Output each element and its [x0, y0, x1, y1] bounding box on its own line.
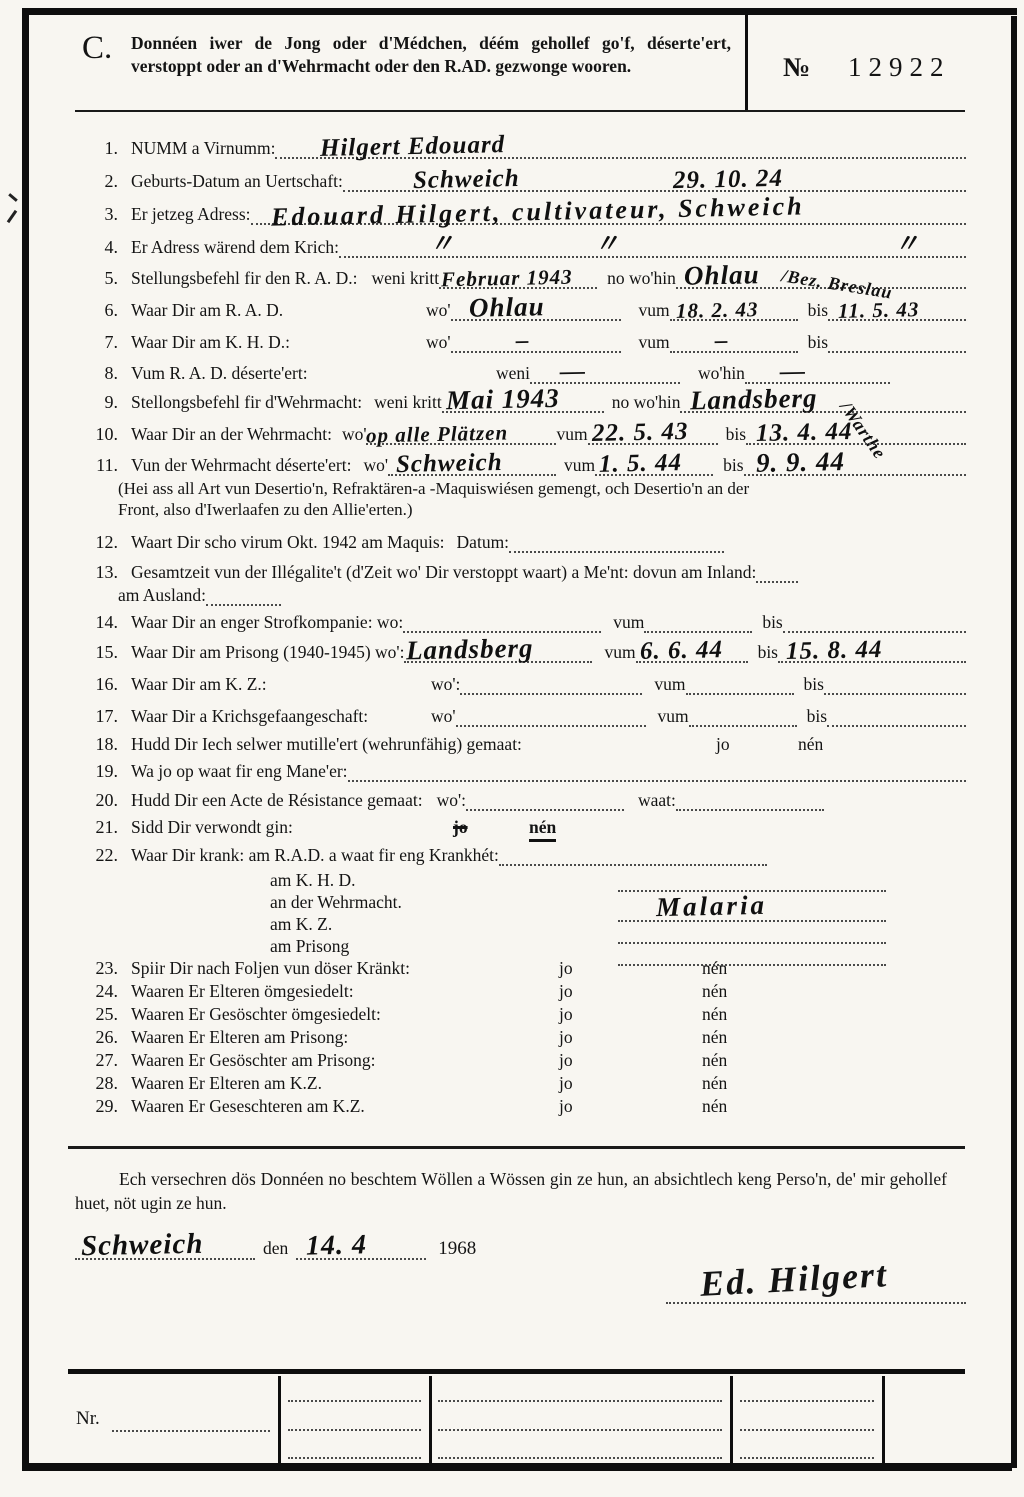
item-number: 3.	[84, 204, 118, 225]
item-number: 15.	[84, 642, 118, 663]
note-line: Front, also d'Iwerlaafen zu den Allie'er…	[118, 500, 749, 521]
dotted-line	[288, 1427, 421, 1431]
item-11-note: (Hei ass all Art vun Desertio'n, Refrakt…	[118, 479, 749, 520]
handwritten-value: 9. 9. 44	[755, 446, 845, 479]
fill-line	[827, 707, 966, 727]
answer-nen: nén	[702, 1027, 727, 1048]
signature-line	[666, 1300, 966, 1304]
frame-top	[22, 8, 1017, 15]
item-label: Waar Dir am K. H. D.:	[131, 332, 426, 353]
fill-line	[644, 613, 752, 633]
footer-col-line	[730, 1376, 733, 1464]
header-divider	[745, 15, 748, 111]
handwritten-value: –	[714, 327, 728, 355]
footer-col-line	[882, 1376, 885, 1464]
handwritten-place: Schweich	[81, 1228, 204, 1264]
field-label: vum	[604, 642, 635, 663]
item-number: 21.	[84, 817, 118, 838]
dotted-line	[112, 1428, 270, 1432]
fill-line: Ohlau /Bez. Breslau	[676, 269, 966, 289]
form-item-16: 16. Waar Dir am K. Z.: wo': vum bis	[84, 674, 966, 695]
fill-line: 9. 9. 44	[744, 456, 966, 476]
fill-line: 6. 6. 44	[636, 643, 748, 663]
frame-right	[1011, 16, 1017, 1468]
item-label: Waar Dir am Prisong (1940-1945) wo':	[131, 642, 404, 663]
item-number: 20.	[84, 790, 118, 811]
fill-line: 15. 8. 44	[778, 643, 966, 663]
dotted-line	[438, 1427, 722, 1431]
item-number: 5.	[84, 268, 118, 289]
fill-line: Hilgert Edouard	[275, 139, 966, 159]
field-label: Datum:	[457, 532, 510, 553]
item-label: Waaren Er Gesöschter am Prisong:	[131, 1050, 559, 1071]
handwritten-value: Februar 1943	[441, 265, 573, 293]
item-label: Sidd Dir verwondt gin:	[131, 817, 453, 838]
fill-line: 18. 2. 43	[670, 301, 798, 321]
answer-jo: jo	[559, 1096, 702, 1117]
item-label: Waar Dir a Krichsgefaangeschaft:	[131, 706, 431, 727]
fill-line: 13. 4. 44	[746, 425, 966, 445]
answer-nen: nén	[702, 958, 727, 979]
item-label: Er jetzeg Adress:	[131, 204, 251, 225]
form-item-4: 4. Er Adress wärend dem Krich: 〃 〃 〃	[84, 237, 966, 258]
fill-line: 〃 〃 〃	[339, 238, 966, 258]
item-number: 27.	[84, 1050, 118, 1071]
answer-jo: jo	[559, 1027, 702, 1048]
item-label: Geburts-Datum an Uertschaft:	[131, 171, 343, 192]
fill-line	[499, 846, 767, 866]
dotted-line	[288, 1455, 421, 1459]
form-item-26: 26. Waaren Er Elteren am Prisong: jo nén	[84, 1027, 966, 1048]
fill-line	[403, 613, 601, 633]
field-label: am Ausland:	[118, 585, 206, 606]
date-line: Schweich den 14. 4 1968	[75, 1238, 476, 1260]
fill-line: –	[670, 333, 798, 353]
footer-col-line	[278, 1376, 281, 1464]
item-label: NUMM a Virnumm:	[131, 138, 275, 159]
handwritten-value: 22. 5. 43	[591, 418, 688, 448]
field-label: bis	[726, 424, 746, 445]
item-label: Waar Dir an der Wehrmacht:	[131, 424, 332, 445]
field-label: bis	[762, 612, 782, 633]
item-number: 8.	[84, 363, 118, 384]
answer-jo: jo	[559, 1073, 702, 1094]
handwritten-date: 14. 4	[306, 1229, 368, 1262]
fill-line	[618, 926, 886, 944]
fill-line: Landsberg	[404, 643, 592, 663]
handwritten-value: Mai 1943	[445, 383, 559, 416]
form-item-3: 3. Er jetzeg Adress: Edouard Hilgert, cu…	[84, 204, 966, 225]
section-divider	[68, 1146, 965, 1149]
handwritten-value: 13. 4. 44	[756, 418, 853, 448]
form-item-13: 13. Gesamtzeit vun der Illégalite't (d'Z…	[84, 562, 966, 583]
footer-col-line	[429, 1376, 432, 1464]
dotted-line	[740, 1398, 874, 1402]
field-label: vum	[639, 332, 670, 353]
item-label: Hudd Dir een Acte de Résistance gemaat:	[131, 790, 423, 811]
item-label: Waar Dir am R. A. D.	[131, 300, 426, 321]
field-label: bis	[804, 674, 824, 695]
field-label: vum	[613, 612, 644, 633]
handwritten-value: Malaria	[656, 890, 768, 923]
answer-nen: nén	[702, 981, 727, 1002]
field-label: bis	[807, 706, 827, 727]
sub-label: am Prisong	[270, 936, 349, 957]
dotted-line	[740, 1455, 874, 1459]
field-label: wo':	[437, 790, 466, 811]
field-label: wo'	[426, 300, 451, 321]
fill-line: 1. 5. 44	[595, 456, 713, 476]
fill-line: Mai 1943	[442, 393, 604, 413]
item-22-sub-prisong: am Prisong	[270, 936, 349, 957]
form-item-29: 29. Waaren Er Geseschteren am K.Z. jo né…	[84, 1096, 966, 1117]
number-label: №	[783, 52, 810, 83]
item-label: Stellungsbefehl fir den R. A. D.:	[131, 268, 358, 289]
fill-line: Ohlau	[451, 301, 621, 321]
field-label: weni kritt	[372, 268, 440, 289]
item-22-sub-kz: am K. Z.	[270, 914, 332, 935]
item-number: 10.	[84, 424, 118, 445]
handwritten-value: Landsberg	[406, 633, 534, 667]
handwritten-value: —	[560, 358, 587, 387]
field-label: bis	[723, 455, 743, 476]
handwritten-value: –	[515, 327, 529, 355]
item-number: 16.	[84, 674, 118, 695]
answer-jo: jo	[559, 981, 702, 1002]
signature: Ed. Hilgert	[699, 1253, 889, 1305]
field-label: weni	[496, 363, 530, 384]
form-item-14: 14. Waar Dir an enger Strofkompanie: wo:…	[84, 612, 966, 633]
item-label: Waaren Er Geseschteren am K.Z.	[131, 1096, 559, 1117]
form-item-19: 19. Wa jo op waat fir eng Mane'er:	[84, 761, 966, 782]
fill-line: —	[530, 364, 680, 384]
frame-left	[22, 8, 29, 1470]
field-label: vum	[639, 300, 670, 321]
fill-line	[689, 707, 797, 727]
answer-jo: jo	[559, 958, 702, 979]
item-22-sub-wehrmacht: an der Wehrmacht.	[270, 892, 402, 913]
dotted-line	[438, 1455, 722, 1459]
item-number: 1.	[84, 138, 118, 159]
fill-line: 11. 5. 43	[828, 301, 966, 321]
form-item-25: 25. Waaren Er Gesöschter ömgesiedelt: jo…	[84, 1004, 966, 1025]
form-item-12: 12. Waart Dir scho virum Okt. 1942 am Ma…	[84, 532, 966, 553]
field-label: wo'	[342, 424, 367, 445]
item-label: Vun der Wehrmacht déserte'ert:	[131, 455, 352, 476]
item-number: 12.	[84, 532, 118, 553]
item-number: 26.	[84, 1027, 118, 1048]
field-label: vum	[556, 424, 587, 445]
dotted-line	[740, 1427, 874, 1431]
form-item-27: 27. Waaren Er Gesöschter am Prisong: jo …	[84, 1050, 966, 1071]
ditto-mark: 〃	[594, 224, 621, 261]
item-label: Er Adress wärend dem Krich:	[131, 237, 339, 258]
field-label: weni kritt	[374, 392, 442, 413]
fill-line: —	[745, 364, 890, 384]
form-item-13b: am Ausland:	[118, 585, 966, 606]
item-label: Vum R. A. D. déserte'ert:	[131, 363, 421, 384]
answer-nen: nén	[702, 1096, 727, 1117]
form-title: Donnéen iwer de Jong oder d'Médchen, déé…	[131, 32, 731, 78]
answer-nen: nén	[798, 734, 823, 755]
form-item-6: 6. Waar Dir am R. A. D. wo' Ohlau vum 18…	[84, 300, 966, 321]
form-item-2: 2. Geburts-Datum an Uertschaft: Schweich…	[84, 171, 966, 192]
fill-line	[206, 586, 281, 606]
form-item-24: 24. Waaren Er Elteren ömgesiedelt: jo né…	[84, 981, 966, 1002]
handwritten-value: Hilgert Edouard	[320, 131, 506, 163]
field-label: wo':	[431, 674, 460, 695]
item-number: 2.	[84, 171, 118, 192]
handwritten-value: 29. 10. 24	[673, 165, 784, 195]
fill-line: op alle Plätzen	[366, 425, 556, 445]
item-number: 23.	[84, 958, 118, 979]
item-number: 6.	[84, 300, 118, 321]
field-label: bis	[758, 642, 778, 663]
scanned-form-page: C. Donnéen iwer de Jong oder d'Médchen, …	[0, 0, 1024, 1497]
field-label: bis	[808, 332, 828, 353]
item-label: Waart Dir scho virum Okt. 1942 am Maquis…	[131, 532, 445, 553]
item-number: 25.	[84, 1004, 118, 1025]
item-label: Hudd Dir Iech selwer mutille'ert (wehrun…	[131, 734, 716, 755]
footer-table-top	[68, 1369, 965, 1374]
handwritten-value: Ohlau	[684, 259, 760, 292]
declaration-text: Ech versechren dös Donnéen no beschtem W…	[75, 1168, 947, 1215]
fill-line: Landsberg /Warthe	[680, 393, 966, 413]
handwritten-value: 1. 5. 44	[599, 449, 683, 479]
fill-line: Malaria	[618, 904, 886, 922]
answer-jo-struck: jo	[453, 817, 529, 838]
item-number: 22.	[84, 845, 118, 866]
form-item-28: 28. Waaren Er Elteren am K.Z. jo nén	[84, 1073, 966, 1094]
handwritten-value: 18. 2. 43	[675, 297, 758, 324]
answer-nen: nén	[702, 1073, 727, 1094]
item-number: 17.	[84, 706, 118, 727]
item-label: Wa jo op waat fir eng Mane'er:	[131, 761, 348, 782]
item-label: Spiir Dir nach Foljen vun döser Kränkt:	[131, 958, 559, 979]
handwritten-value: 15. 8. 44	[786, 636, 883, 666]
fill-line: 22. 5. 43	[588, 425, 718, 445]
fill-line	[676, 791, 824, 811]
field-label: wo'	[426, 332, 451, 353]
field-label: vum	[564, 455, 595, 476]
form-item-23: 23. Spiir Dir nach Foljen vun döser Krän…	[84, 958, 966, 979]
form-item-11: 11. Vun der Wehrmacht déserte'ert: wo' S…	[84, 455, 966, 476]
fill-line	[460, 675, 642, 695]
item-number: 9.	[84, 392, 118, 413]
ditto-mark: 〃	[894, 224, 921, 261]
dotted-line	[438, 1398, 722, 1402]
item-number: 29.	[84, 1096, 118, 1117]
field-label: wo'	[431, 706, 456, 727]
handwritten-value: 11. 5. 43	[838, 297, 920, 324]
form-item-5: 5. Stellungsbefehl fir den R. A. D.: wen…	[84, 268, 966, 289]
form-item-20: 20. Hudd Dir een Acte de Résistance gema…	[84, 790, 966, 811]
fill-line	[824, 675, 966, 695]
form-item-15: 15. Waar Dir am Prisong (1940-1945) wo':…	[84, 642, 966, 663]
fill-line: –	[451, 333, 621, 353]
ink-mark	[8, 193, 18, 202]
fill-line	[756, 563, 798, 583]
field-label: wo'hin	[698, 363, 745, 384]
item-label: Waar Dir am K. Z.:	[131, 674, 431, 695]
form-item-8: 8. Vum R. A. D. déserte'ert: weni — wo'h…	[84, 363, 966, 384]
form-item-7: 7. Waar Dir am K. H. D.: wo' – vum – bis	[84, 332, 966, 353]
sub-label: am K. Z.	[270, 914, 332, 935]
field-label: waat:	[638, 790, 676, 811]
fill-line: Februar 1943	[439, 269, 597, 289]
field-label: vum	[654, 674, 685, 695]
date-fill: 14. 4	[296, 1238, 426, 1260]
item-number: 28.	[84, 1073, 118, 1094]
handwritten-value: Schweich	[413, 165, 520, 195]
den-label: den	[263, 1238, 288, 1259]
form-item-10: 10. Waar Dir an der Wehrmacht: wo' op al…	[84, 424, 966, 445]
item-number: 4.	[84, 237, 118, 258]
field-label: bis	[808, 300, 828, 321]
handwritten-value: op alle Plätzen	[366, 421, 509, 449]
item-label: Stellongsbefehl fir d'Wehrmacht:	[131, 392, 362, 413]
section-letter: C.	[82, 30, 112, 67]
form-item-9: 9. Stellongsbefehl fir d'Wehrmacht: weni…	[84, 392, 966, 413]
handwritten-value: Edouard Hilgert, cultivateur, Schweich	[270, 191, 804, 232]
item-number: 18.	[84, 734, 118, 755]
item-22-sub-khd: am K. H. D.	[270, 870, 356, 891]
year-text: 1968	[438, 1238, 476, 1260]
fill-line: Schweich	[388, 456, 556, 476]
item-label: Waaren Er Elteren am Prisong:	[131, 1027, 559, 1048]
form-item-1: 1. NUMM a Virnumm: Hilgert Edouard	[84, 138, 966, 159]
answer-nen: nén	[702, 1004, 727, 1025]
item-number: 7.	[84, 332, 118, 353]
item-label: Gesamtzeit vun der Illégalite't (d'Zeit …	[131, 562, 756, 583]
sub-label: an der Wehrmacht.	[270, 892, 402, 913]
item-label: Waaren Er Gesöschter ömgesiedelt:	[131, 1004, 559, 1025]
item-number: 13.	[84, 562, 118, 583]
answer-jo: jo	[716, 734, 798, 755]
ditto-mark: 〃	[429, 224, 456, 261]
place-fill: Schweich	[75, 1238, 255, 1260]
item-label: Waaren Er Elteren ömgesiedelt:	[131, 981, 559, 1002]
header-bottom-rule	[75, 110, 965, 112]
handwritten-value: Ohlau	[468, 291, 544, 324]
fill-line: Schweich 29. 10. 24	[343, 172, 966, 192]
fill-line	[509, 533, 724, 553]
item-label: Waar Dir an enger Strofkompanie: wo:	[131, 612, 403, 633]
fill-line	[348, 762, 966, 782]
answer-jo: jo	[559, 1050, 702, 1071]
frame-bottom	[22, 1463, 1012, 1471]
field-label: no wo'hin	[607, 268, 676, 289]
item-number: 11.	[84, 455, 118, 476]
answer-nen: nén	[702, 1050, 727, 1071]
item-number: 14.	[84, 612, 118, 633]
fill-line: Edouard Hilgert, cultivateur, Schweich	[251, 205, 966, 225]
form-number: 12922	[848, 52, 951, 83]
ink-mark	[7, 210, 17, 223]
form-item-22: 22. Waar Dir krank: am R.A.D. a waat fir…	[84, 845, 966, 866]
fill-line	[828, 333, 966, 353]
answer-jo: jo	[559, 1004, 702, 1025]
form-item-18: 18. Hudd Dir Iech selwer mutille'ert (we…	[84, 734, 966, 755]
item-number: 24.	[84, 981, 118, 1002]
nr-label: Nr.	[76, 1408, 100, 1430]
form-item-21: 21. Sidd Dir verwondt gin: jo nén	[84, 817, 966, 842]
item-label: Waar Dir krank: am R.A.D. a waat fir eng…	[131, 845, 499, 866]
field-label: no wo'hin	[612, 392, 681, 413]
field-label: vum	[658, 706, 689, 727]
handwritten-value: Landsberg	[690, 383, 818, 417]
item-label: Waaren Er Elteren am K.Z.	[131, 1073, 559, 1094]
answer-nen-underlined: nén	[529, 817, 556, 842]
fill-line	[686, 675, 794, 695]
handwritten-value: Schweich	[396, 449, 503, 479]
item-number: 19.	[84, 761, 118, 782]
note-line: (Hei ass all Art vun Desertio'n, Refrakt…	[118, 479, 749, 500]
form-item-17: 17. Waar Dir a Krichsgefaangeschaft: wo'…	[84, 706, 966, 727]
fill-line	[456, 707, 646, 727]
sub-label: am K. H. D.	[270, 870, 356, 891]
fill-line	[466, 791, 624, 811]
fill-line	[783, 613, 966, 633]
field-label: wo'	[364, 455, 389, 476]
dotted-line	[288, 1398, 421, 1402]
handwritten-value: 6. 6. 44	[639, 636, 723, 666]
